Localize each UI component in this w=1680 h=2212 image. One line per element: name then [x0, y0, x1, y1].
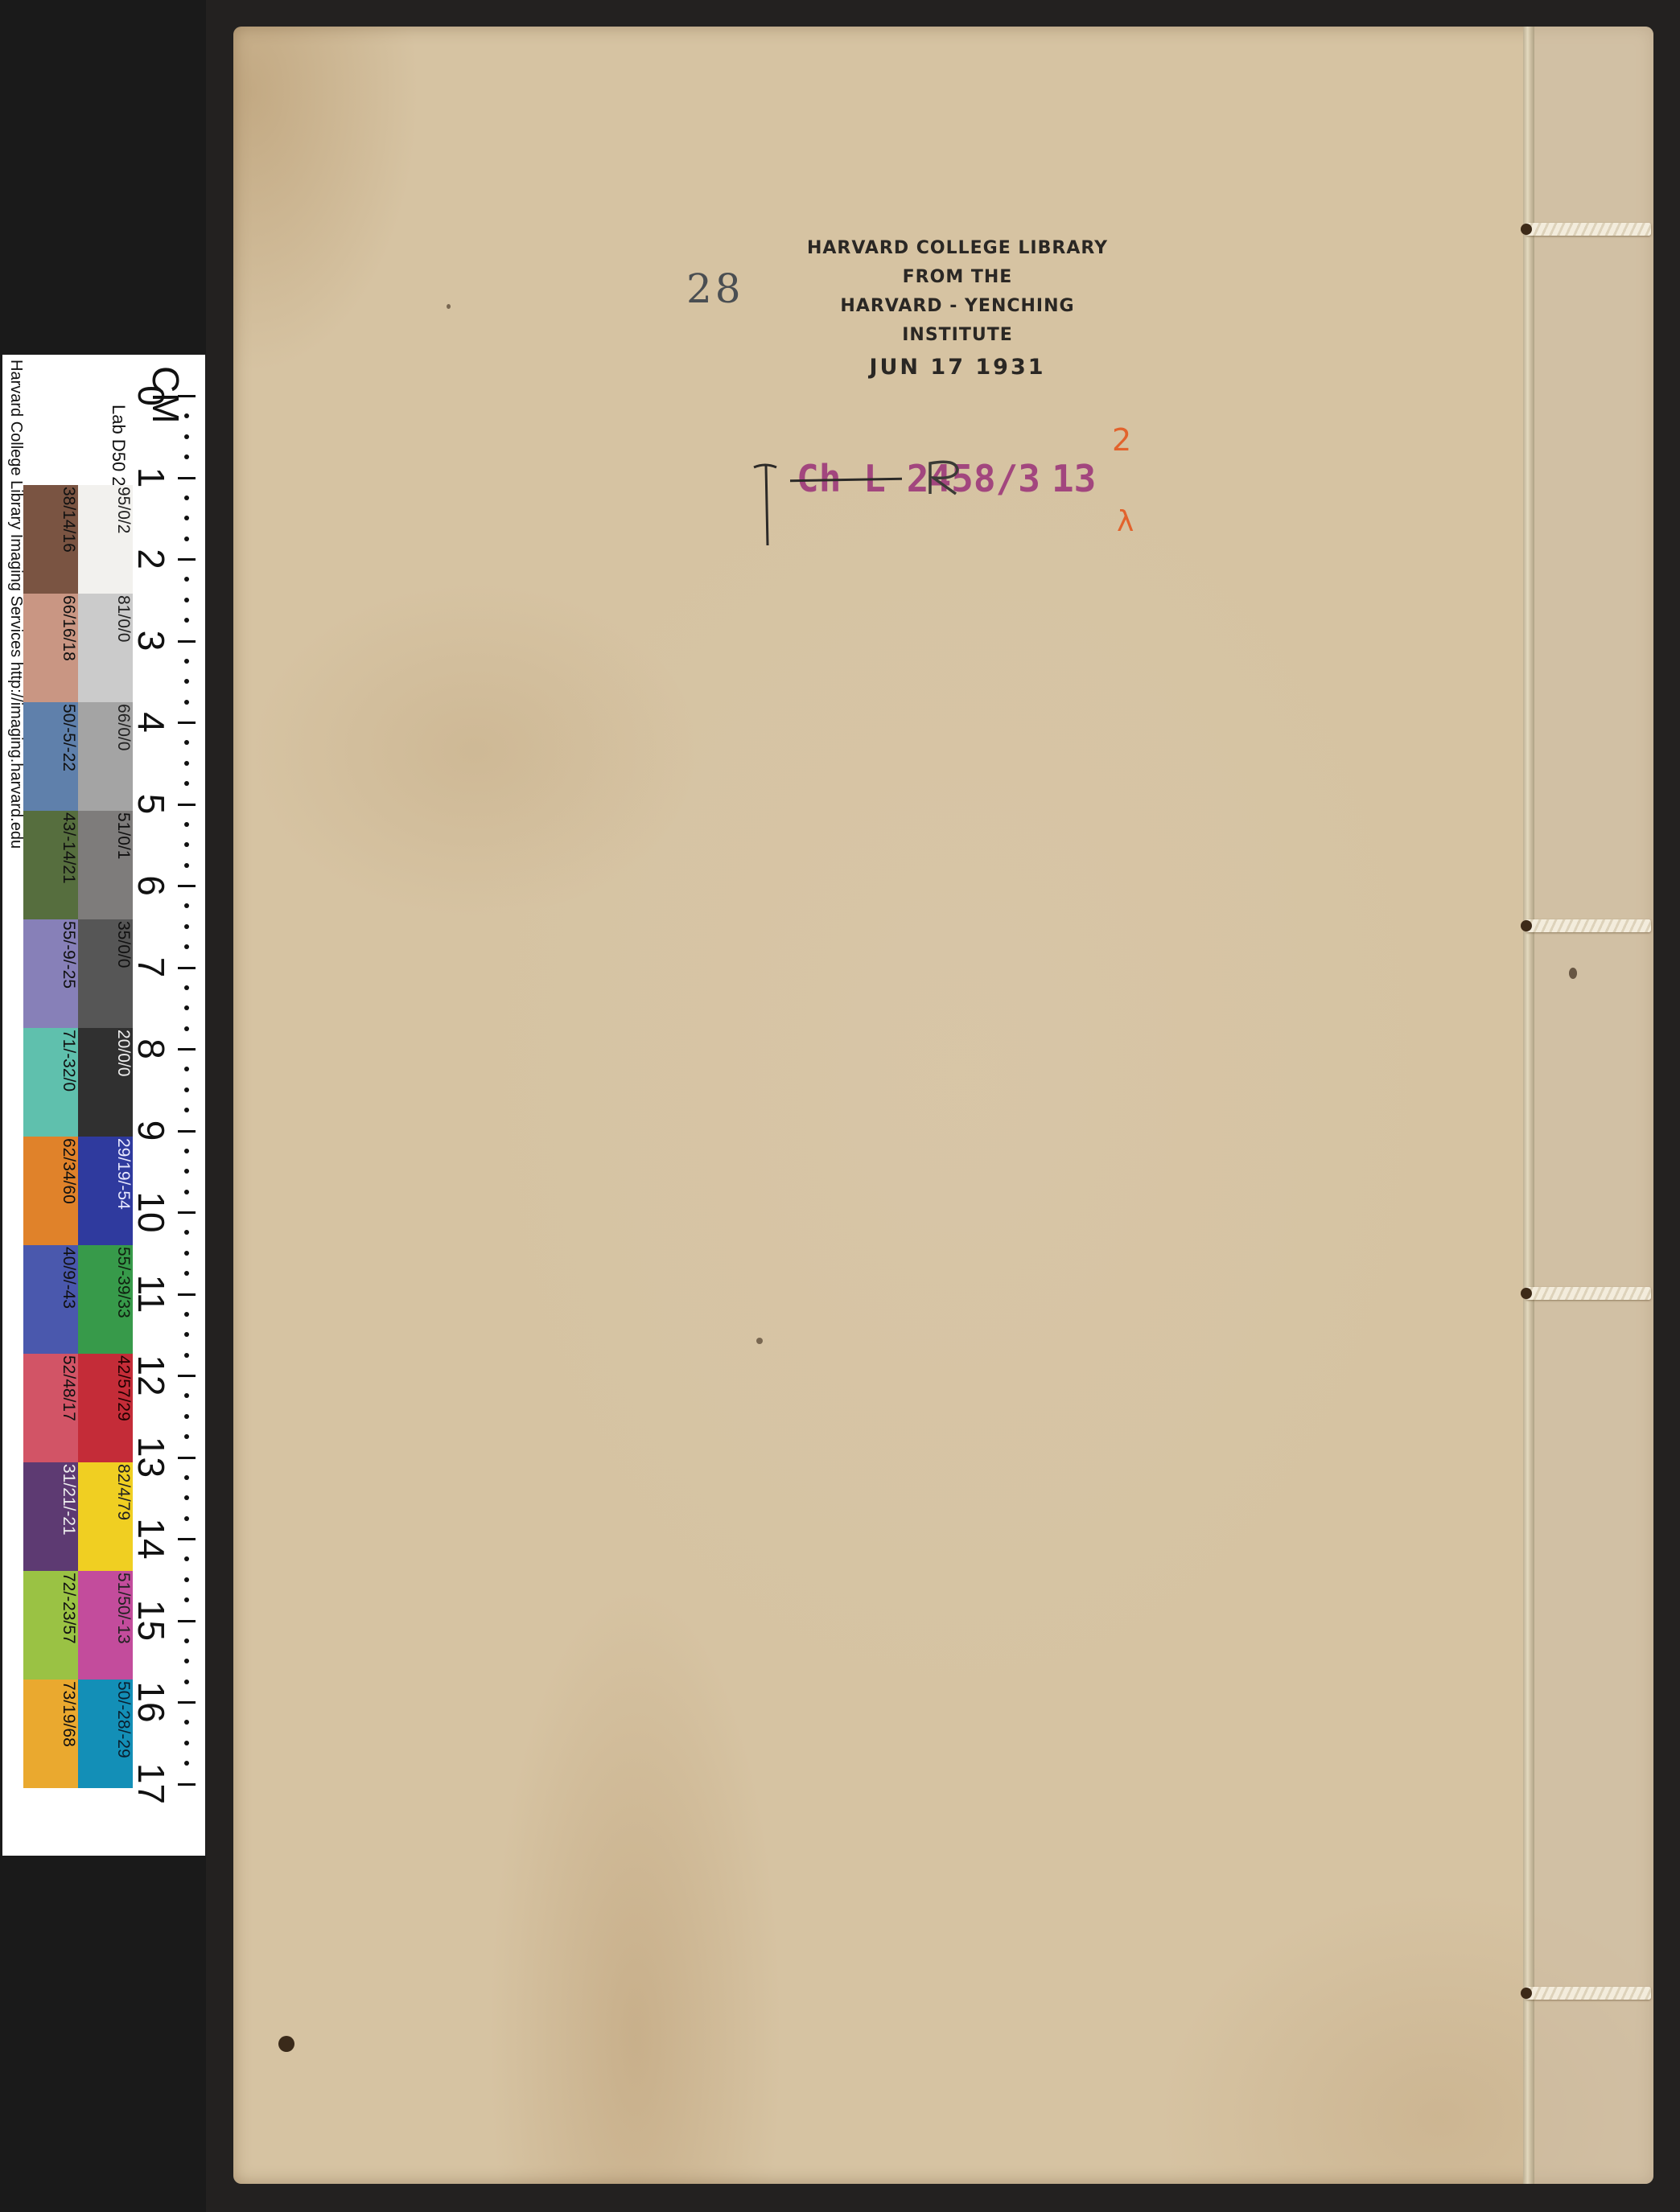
- ruler-dot: [184, 1556, 189, 1561]
- ruler-dot: [184, 1108, 189, 1112]
- gray-patch: 66/0/0: [78, 702, 133, 811]
- binding-stitch: [1526, 223, 1651, 236]
- stamp-line: INSTITUTE: [756, 321, 1159, 350]
- ruler-dot: [184, 679, 189, 684]
- pencil-mark-t: [752, 461, 778, 549]
- book-cover: 28 HARVARD COLLEGE LIBRARY FROM THE HARV…: [233, 27, 1653, 2184]
- ruler-tick: [178, 804, 196, 806]
- ruler-tick: [178, 1211, 196, 1214]
- gray-patch: 51/0/1: [78, 811, 133, 919]
- ruler-dot: [184, 1087, 189, 1092]
- gray-patch: 20/0/0: [78, 1028, 133, 1137]
- binding-thread-vertical: [1523, 27, 1534, 2184]
- stamp-line: HARVARD - YENCHING: [756, 292, 1159, 321]
- ruler-dot: [184, 1271, 189, 1276]
- stitch-knot: [1521, 1988, 1532, 1999]
- gray-patch: 81/0/0: [78, 594, 133, 702]
- ruler-dot: [184, 1577, 189, 1582]
- ruler-dot: [184, 761, 189, 766]
- ruler-dot: [184, 1026, 189, 1031]
- ruler-tick: [178, 558, 196, 561]
- ruler-dot: [184, 413, 189, 418]
- binding-stitch: [1526, 1987, 1651, 2000]
- ruler-dot: [184, 1353, 189, 1358]
- pencil-correction-r: [924, 458, 980, 499]
- ruler-dot: [184, 781, 189, 786]
- color-patch: 40/9/-43: [23, 1245, 78, 1354]
- ruler-dot: [184, 1475, 189, 1480]
- ruler-label: 8: [130, 1038, 173, 1059]
- color-patch: 62/34/60: [23, 1137, 78, 1245]
- ruler-label: 10: [130, 1191, 173, 1232]
- ruler-tick: [178, 640, 196, 643]
- stamp-line: HARVARD COLLEGE LIBRARY: [756, 234, 1159, 263]
- gray-patch: 55/-39/33: [78, 1245, 133, 1354]
- ruler-tick: [178, 1048, 196, 1050]
- ink-spot: [756, 1338, 763, 1344]
- ruler-dot: [184, 985, 189, 990]
- ruler-dot: [184, 1149, 189, 1153]
- ruler-tick: [178, 1783, 196, 1786]
- ruler-dot: [184, 1434, 189, 1439]
- gray-patch: 95/0/2: [78, 485, 133, 594]
- ruler-label: 12: [130, 1355, 173, 1396]
- color-patches: 95/0/281/0/066/0/051/0/135/0/020/0/029/1…: [22, 485, 133, 1766]
- ruler-dot: [184, 924, 189, 929]
- ruler-tick: [178, 1457, 196, 1459]
- ruler-tick: [178, 1620, 196, 1622]
- ruler-dot: [184, 842, 189, 847]
- ruler-dot: [184, 618, 189, 623]
- gray-patch: 29/19/-54: [78, 1137, 133, 1245]
- color-patch: 73/19/68: [23, 1680, 78, 1788]
- ruler-label: 13: [130, 1437, 173, 1478]
- color-patch: 31/21/-21: [23, 1462, 78, 1571]
- ruler-tick: [178, 1130, 196, 1133]
- color-patch: 50/-5/-22: [23, 702, 78, 811]
- ruler-label: 4: [130, 712, 173, 733]
- ink-spot: [1569, 968, 1577, 979]
- ruler-label: 6: [130, 875, 173, 896]
- gray-patch: 50/-28/-29: [78, 1680, 133, 1788]
- ruler-label: 0: [130, 385, 173, 406]
- gray-patch: 82/4/79: [78, 1462, 133, 1571]
- centimeter-ruler: 01234567891011121314151617: [133, 355, 205, 1856]
- ruler-label: 16: [130, 1681, 173, 1722]
- color-patch: 52/48/17: [23, 1354, 78, 1462]
- ruler-dot: [184, 1495, 189, 1500]
- color-patch: 43/-14/21: [23, 811, 78, 919]
- ruler-dot: [184, 1190, 189, 1194]
- stamp-line: FROM THE: [756, 263, 1159, 292]
- ruler-tick: [178, 477, 196, 479]
- library-accession-stamp: HARVARD COLLEGE LIBRARY FROM THE HARVARD…: [756, 234, 1159, 384]
- ruler-dot: [184, 1414, 189, 1419]
- binding-stitch: [1526, 1287, 1651, 1300]
- ruler-label: 11: [130, 1275, 173, 1314]
- ruler-label: 5: [130, 794, 173, 815]
- call-number-suffix: 13: [1052, 457, 1096, 500]
- ruler-dot: [184, 659, 189, 664]
- gray-patch: 35/0/0: [78, 919, 133, 1028]
- ruler-dot: [184, 1597, 189, 1602]
- ruler-dot: [184, 598, 189, 602]
- ruler-dot: [184, 1741, 189, 1745]
- ruler-tick: [178, 1375, 196, 1377]
- ruler-dot: [184, 1680, 189, 1684]
- ruler-dot: [184, 1332, 189, 1337]
- ruler-dot: [184, 1393, 189, 1398]
- spine-flap: [1534, 27, 1653, 2184]
- ruler-dot: [184, 1005, 189, 1010]
- ruler-dot: [184, 516, 189, 520]
- ink-spot: [278, 2036, 294, 2052]
- ruler-dot: [184, 822, 189, 827]
- ruler-dot: [184, 434, 189, 439]
- stamp-date: JUN 17 1931: [756, 352, 1159, 384]
- ruler-dot: [184, 944, 189, 949]
- color-patch: 55/-9/-25: [23, 919, 78, 1028]
- inventory-number: 28: [686, 265, 744, 312]
- ruler-dot: [184, 577, 189, 582]
- ruler-dot: [184, 1720, 189, 1725]
- ruler-label: 9: [130, 1120, 173, 1141]
- ruler-dot: [184, 1230, 189, 1235]
- ink-spot: [447, 304, 451, 309]
- ruler-tick: [178, 1701, 196, 1704]
- ruler-dot: [184, 495, 189, 500]
- color-patch: 71/-32/0: [23, 1028, 78, 1137]
- struck-prefix: Ch L: [797, 457, 886, 500]
- ruler-dot: [184, 1638, 189, 1643]
- imaging-credit: Harvard College Library Imaging Services…: [6, 355, 27, 1860]
- ruler-tick: [178, 1293, 196, 1296]
- ruler-dot: [184, 1312, 189, 1317]
- ruler-dot: [184, 1659, 189, 1663]
- stitch-knot: [1521, 920, 1532, 931]
- ruler-label: 15: [130, 1600, 173, 1641]
- color-calibration-strip: CM Lab D50 2° 01234567891011121314151617…: [2, 355, 205, 1856]
- ruler-dot: [184, 1067, 189, 1071]
- ruler-dot: [184, 454, 189, 459]
- ruler-dot: [184, 700, 189, 705]
- red-pencil-annotation-above: 2: [1112, 422, 1131, 458]
- ruler-tick: [178, 395, 196, 397]
- ruler-label: 2: [130, 549, 173, 569]
- ruler-tick: [178, 885, 196, 887]
- ruler-label: 17: [130, 1763, 173, 1804]
- ruler-dot: [184, 1169, 189, 1174]
- ruler-dot: [184, 903, 189, 908]
- red-pencil-insertion-mark: λ: [1117, 505, 1134, 538]
- color-space-label: Lab D50 2°: [108, 405, 129, 493]
- color-patch: 72/-23/57: [23, 1571, 78, 1680]
- ruler-label: 14: [130, 1518, 173, 1559]
- gray-patch: 51/50/-13: [78, 1571, 133, 1680]
- ruler-label: 1: [130, 467, 173, 488]
- ruler-dot: [184, 1516, 189, 1521]
- ruler-dot: [184, 1251, 189, 1256]
- color-patch: 38/14/16: [23, 485, 78, 594]
- ruler-dot: [184, 863, 189, 868]
- ruler-dot: [184, 740, 189, 745]
- ruler-tick: [178, 1538, 196, 1540]
- ruler-tick: [178, 967, 196, 969]
- gray-patch: 42/57/29: [78, 1354, 133, 1462]
- ruler-dot: [184, 1761, 189, 1766]
- color-patch: 66/16/18: [23, 594, 78, 702]
- ruler-tick: [178, 722, 196, 724]
- ruler-label: 3: [130, 631, 173, 652]
- stitch-knot: [1521, 1288, 1532, 1299]
- stitch-knot: [1521, 224, 1532, 235]
- binding-stitch: [1526, 919, 1651, 932]
- ruler-label: 7: [130, 957, 173, 978]
- ruler-dot: [184, 537, 189, 541]
